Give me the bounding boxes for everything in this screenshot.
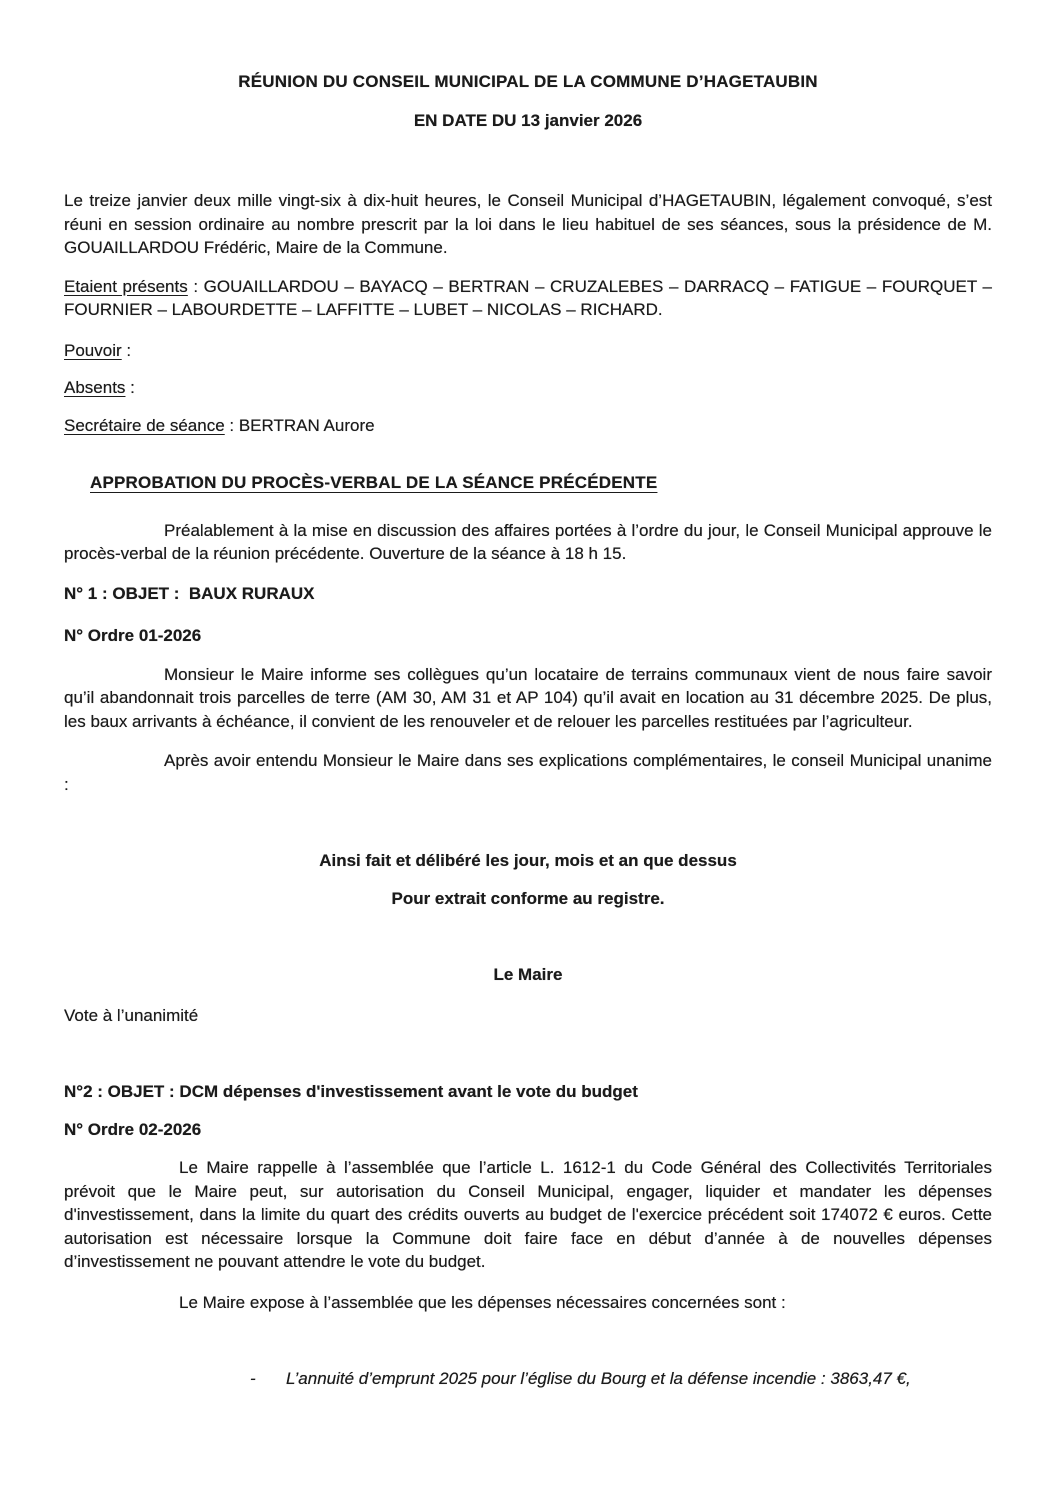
document-date: EN DATE DU 13 janvier 2026 <box>64 109 992 133</box>
item1-paragraph-1: Monsieur le Maire informe ses collègues … <box>64 663 992 734</box>
power-label: Pouvoir <box>64 341 122 360</box>
closing-formula-2: Pour extrait conforme au registre. <box>64 887 992 911</box>
approval-paragraph: Préalablement à la mise en discussion de… <box>64 519 992 566</box>
secretary-line: Secrétaire de séance : BERTRAN Aurore <box>64 414 992 438</box>
attendees-label: Etaient présents <box>64 277 188 296</box>
vote-result: Vote à l’unanimité <box>64 1004 992 1028</box>
secretary-label: Secrétaire de séance <box>64 416 225 435</box>
expense-item-text: L’annuité d’emprunt 2025 pour l’église d… <box>286 1367 911 1391</box>
item1-order-number: N° Ordre 01-2026 <box>64 624 992 648</box>
item2-order-number: N° Ordre 02-2026 <box>64 1118 992 1142</box>
item2-paragraph-1: Le Maire rappelle à l’assemblée que l’ar… <box>64 1156 992 1274</box>
attendees-line: Etaient présents : GOUAILLARDOU – BAYACQ… <box>64 275 992 322</box>
absents-value: : <box>125 378 134 397</box>
signature-title: Le Maire <box>64 963 992 987</box>
item1-heading: N° 1 : OBJET : BAUX RURAUX <box>64 582 992 606</box>
item2-paragraph-2: Le Maire expose à l’assemblée que les dé… <box>64 1291 992 1315</box>
secretary-value: : BERTRAN Aurore <box>225 416 375 435</box>
document-title: RÉUNION DU CONSEIL MUNICIPAL DE LA COMMU… <box>64 70 992 94</box>
power-value: : <box>122 341 131 360</box>
expense-item-1: - L’annuité d’emprunt 2025 pour l’église… <box>250 1367 992 1391</box>
expense-item-dash: - <box>250 1367 286 1391</box>
approval-heading: APPROBATION DU PROCÈS-VERBAL DE LA SÉANC… <box>64 471 992 495</box>
power-line: Pouvoir : <box>64 339 992 363</box>
closing-formula-1: Ainsi fait et délibéré les jour, mois et… <box>64 849 992 873</box>
intro-paragraph: Le treize janvier deux mille vingt-six à… <box>64 189 992 260</box>
absents-line: Absents : <box>64 376 992 400</box>
item2-heading: N°2 : OBJET : DCM dépenses d'investissem… <box>64 1080 992 1104</box>
document-page: RÉUNION DU CONSEIL MUNICIPAL DE LA COMMU… <box>0 0 1058 1496</box>
absents-label: Absents <box>64 378 125 397</box>
item1-paragraph-2: Après avoir entendu Monsieur le Maire da… <box>64 749 992 796</box>
attendees-names: : GOUAILLARDOU – BAYACQ – BERTRAN – CRUZ… <box>64 277 992 320</box>
